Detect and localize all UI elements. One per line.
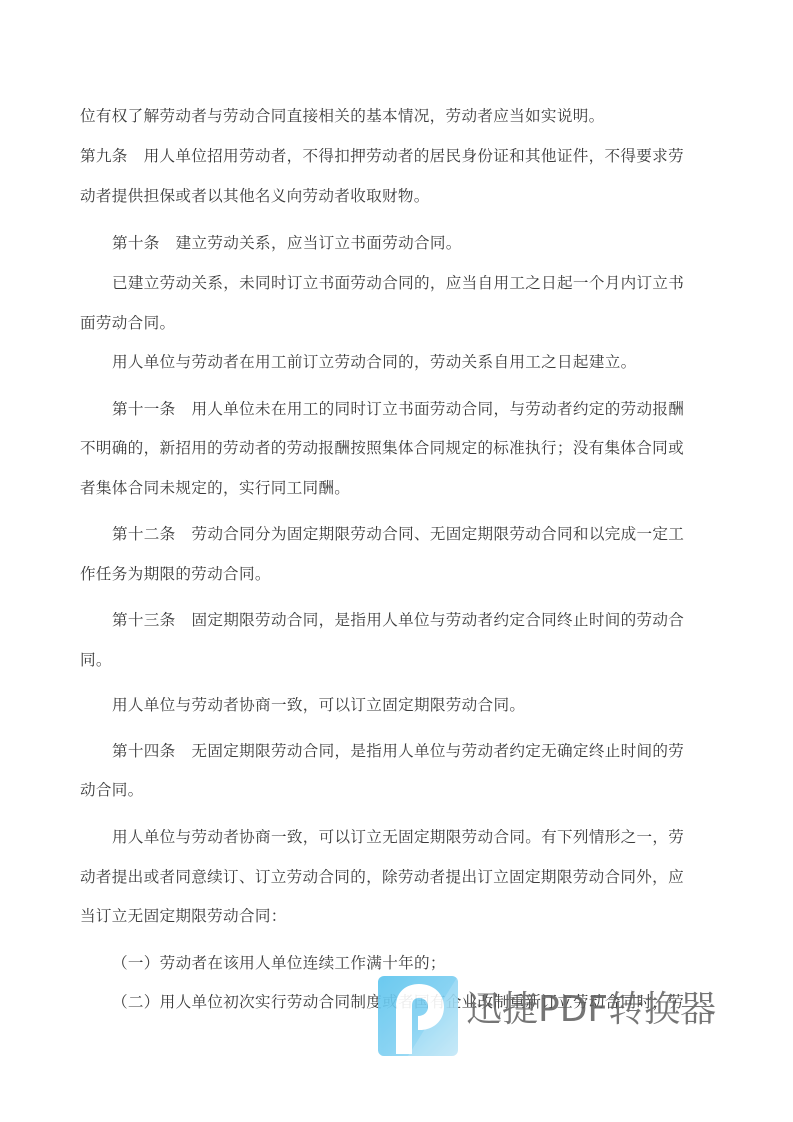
watermark: 迅捷PDF转换器 [378, 976, 728, 1058]
text-line: 第十四条 无固定期限劳动合同，是指用人单位与劳动者约定无确定终止时间的劳 [112, 741, 752, 761]
text-line: 动者提供担保或者以其他名义向劳动者收取财物。 [80, 186, 720, 206]
text-line: 动合同。 [80, 780, 720, 800]
document-page: 位有权了解劳动者与劳动合同直接相关的基本情况，劳动者应当如实说明。第九条 用人单… [0, 0, 793, 1122]
text-line: 当订立无固定期限劳动合同： [80, 906, 720, 926]
text-line: 同。 [80, 650, 720, 670]
text-line: 第十一条 用人单位未在用工的同时订立书面劳动合同，与劳动者约定的劳动报酬 [112, 399, 752, 419]
text-line: 第九条 用人单位招用劳动者，不得扣押劳动者的居民身份证和其他证件，不得要求劳 [80, 146, 720, 166]
text-line: 第十二条 劳动合同分为固定期限劳动合同、无固定期限劳动合同和以完成一定工 [112, 524, 752, 544]
text-line: 用人单位与劳动者在用工前订立劳动合同的，劳动关系自用工之日起建立。 [112, 352, 752, 372]
text-line: 用人单位与劳动者协商一致，可以订立无固定期限劳动合同。有下列情形之一，劳 [112, 827, 752, 847]
p-logo-icon [378, 976, 458, 1056]
text-line: 位有权了解劳动者与劳动合同直接相关的基本情况，劳动者应当如实说明。 [80, 106, 720, 126]
text-line: 动者提出或者同意续订、订立劳动合同的，除劳动者提出订立固定期限劳动合同外，应 [80, 867, 720, 887]
text-line: 第十条 建立劳动关系，应当订立书面劳动合同。 [112, 233, 752, 253]
text-line: 用人单位与劳动者协商一致，可以订立固定期限劳动合同。 [112, 695, 752, 715]
watermark-text: 迅捷PDF转换器 [466, 988, 716, 1032]
text-line: 已建立劳动关系，未同时订立书面劳动合同的，应当自用工之日起一个月内订立书 [112, 273, 752, 293]
text-line: 不明确的，新招用的劳动者的劳动报酬按照集体合同规定的标准执行；没有集体合同或 [80, 438, 720, 458]
text-line: 第十三条 固定期限劳动合同，是指用人单位与劳动者约定合同终止时间的劳动合 [112, 610, 752, 630]
text-line: （一）劳动者在该用人单位连续工作满十年的； [112, 953, 752, 973]
text-line: 作任务为期限的劳动合同。 [80, 564, 720, 584]
text-line: 者集体合同未规定的，实行同工同酬。 [80, 478, 720, 498]
text-line: 面劳动合同。 [80, 313, 720, 333]
